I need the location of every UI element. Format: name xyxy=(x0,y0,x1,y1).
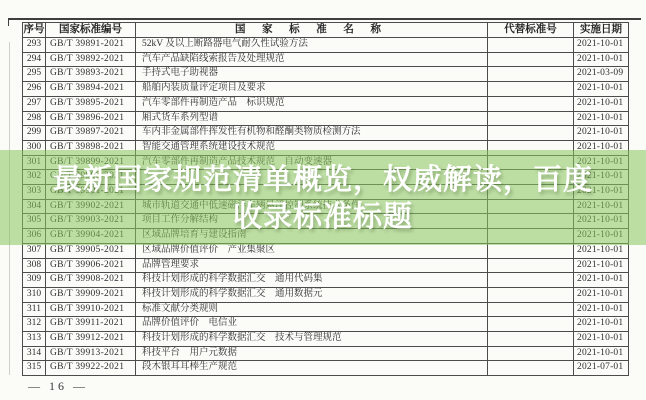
cell-standard-name: 科技计划形成的科学数据汇交 技术与管理规范 xyxy=(136,332,488,347)
cell-standard-number: GB/T 39910-2021 xyxy=(46,302,136,317)
cell-standard-name: 科技计划形成的科学数据汇交 通用数据元 xyxy=(136,287,488,302)
cell-replaced-standard xyxy=(488,96,574,111)
table-row: 308GB/T 39906-2021品牌管理要求2021-10-01 xyxy=(23,258,629,273)
cell-implementation-date: 2021-10-01 xyxy=(574,126,629,141)
table-row: 293GB/T 39891-202152kV 及以上断路器电气耐久性试验方法20… xyxy=(23,38,629,53)
cell-replaced-standard xyxy=(488,111,574,126)
table-row: 297GB/T 39895-2021汽车零部件再制造产品 标识规范2021-10… xyxy=(23,96,629,111)
cell-standard-name: 区域品牌价值评价 产业集聚区 xyxy=(136,243,488,258)
cell-replaced-standard xyxy=(488,82,574,97)
cell-implementation-date: 2021-10-01 xyxy=(574,82,629,97)
table-row: 299GB/T 39897-2021车内非金属部件挥发性有机物和醛酮类物质检测方… xyxy=(23,126,629,141)
cell-implementation-date: 2021-10-01 xyxy=(574,317,629,332)
cell-standard-name: 汽车产品缺陷线索报告及处理规范 xyxy=(136,52,488,67)
col-header-implementation-date: 实施日期 xyxy=(574,23,629,38)
cell-implementation-date: 2021-10-01 xyxy=(574,111,629,126)
cell-standard-number: GB/T 39891-2021 xyxy=(46,38,136,53)
cell-standard-name: 厢式货车系列型谱 xyxy=(136,111,488,126)
table-row: 307GB/T 39905-2021区域品牌价值评价 产业集聚区2021-10-… xyxy=(23,243,629,258)
cell-replaced-standard xyxy=(488,287,574,302)
cell-standard-name: 科技平台 用户元数据 xyxy=(136,346,488,361)
cell-standard-number: GB/T 39922-2021 xyxy=(46,361,136,376)
cell-standard-number: GB/T 39908-2021 xyxy=(46,273,136,288)
cell-standard-name: 科技计划形成的科学数据汇交 通用代码集 xyxy=(136,273,488,288)
cell-implementation-date: 2021-07-01 xyxy=(574,361,629,376)
cell-standard-number: GB/T 39893-2021 xyxy=(46,67,136,82)
cell-standard-number: GB/T 39905-2021 xyxy=(46,243,136,258)
promo-title-line1: 最新国家规范清单概览，权威解读，百度 xyxy=(0,162,646,199)
cell-standard-number: GB/T 39911-2021 xyxy=(46,317,136,332)
cell-standard-name: 车内非金属部件挥发性有机物和醛酮类物质检测方法 xyxy=(136,126,488,141)
cell-implementation-date: 2021-10-01 xyxy=(574,52,629,67)
table-header-row: 序号 国家标准编号 国 家 标 准 名 称 代替标准号 实施日期 xyxy=(23,23,629,38)
cell-replaced-standard xyxy=(488,126,574,141)
table-row: 295GB/T 39893-2021手持式电子助视器2021-03-09 xyxy=(23,67,629,82)
col-header-standard-name: 国 家 标 准 名 称 xyxy=(136,23,488,38)
cell-standard-name: 品牌管理要求 xyxy=(136,258,488,273)
cell-index: 294 xyxy=(23,52,46,67)
cell-replaced-standard xyxy=(488,273,574,288)
cell-standard-name: 品牌价值评价 电信业 xyxy=(136,317,488,332)
table-row: 313GB/T 39912-2021科技计划形成的科学数据汇交 技术与管理规范2… xyxy=(23,332,629,347)
cell-standard-name: 段木银耳耳棒生产规范 xyxy=(136,361,488,376)
cell-implementation-date: 2021-10-01 xyxy=(574,302,629,317)
cell-implementation-date: 2021-10-01 xyxy=(574,258,629,273)
cell-standard-number: GB/T 39897-2021 xyxy=(46,126,136,141)
table-row: 298GB/T 39896-2021厢式货车系列型谱2021-10-01 xyxy=(23,111,629,126)
cell-index: 311 xyxy=(23,302,46,317)
cell-implementation-date: 2021-03-09 xyxy=(574,67,629,82)
cell-replaced-standard xyxy=(488,243,574,258)
cell-index: 298 xyxy=(23,111,46,126)
promo-overlay-title: 最新国家规范清单概览，权威解读，百度 收录标准标题 xyxy=(0,162,646,236)
cell-index: 296 xyxy=(23,82,46,97)
cell-standard-number: GB/T 39909-2021 xyxy=(46,287,136,302)
cell-implementation-date: 2021-10-01 xyxy=(574,96,629,111)
cell-implementation-date: 2021-10-01 xyxy=(574,287,629,302)
col-header-standard-number: 国家标准编号 xyxy=(46,23,136,38)
cell-index: 308 xyxy=(23,258,46,273)
cell-index: 315 xyxy=(23,361,46,376)
cell-replaced-standard xyxy=(488,52,574,67)
page-top-rule xyxy=(8,18,641,20)
cell-replaced-standard xyxy=(488,67,574,82)
col-header-index: 序号 xyxy=(23,23,46,38)
cell-index: 310 xyxy=(23,287,46,302)
promo-title-line2: 收录标准标题 xyxy=(0,199,646,236)
cell-implementation-date: 2021-10-01 xyxy=(574,332,629,347)
cell-index: 309 xyxy=(23,273,46,288)
cell-implementation-date: 2021-10-01 xyxy=(574,346,629,361)
table-row: 296GB/T 39894-2021船舶内装质量评定项目及要求2021-10-0… xyxy=(23,82,629,97)
cell-standard-name: 手持式电子助视器 xyxy=(136,67,488,82)
table-row: 309GB/T 39908-2021科技计划形成的科学数据汇交 通用代码集202… xyxy=(23,273,629,288)
cell-replaced-standard xyxy=(488,258,574,273)
table-row: 311GB/T 39910-2021标准文献分类规则2021-10-01 xyxy=(23,302,629,317)
col-header-replaced-standard: 代替标准号 xyxy=(488,23,574,38)
cell-replaced-standard xyxy=(488,361,574,376)
table-row: 312GB/T 39911-2021品牌价值评价 电信业2021-10-01 xyxy=(23,317,629,332)
cell-standard-number: GB/T 39892-2021 xyxy=(46,52,136,67)
cell-implementation-date: 2021-10-01 xyxy=(574,273,629,288)
cell-standard-name: 52kV 及以上断路器电气耐久性试验方法 xyxy=(136,38,488,53)
page-number: — 16 — xyxy=(28,379,88,394)
cell-index: 314 xyxy=(23,346,46,361)
table-row: 314GB/T 39913-2021科技平台 用户元数据2021-10-01 xyxy=(23,346,629,361)
cell-replaced-standard xyxy=(488,317,574,332)
scanned-standards-catalog-page: 序号 国家标准编号 国 家 标 准 名 称 代替标准号 实施日期 293GB/T… xyxy=(0,0,646,400)
cell-standard-number: GB/T 39896-2021 xyxy=(46,111,136,126)
table-row: 294GB/T 39892-2021汽车产品缺陷线索报告及处理规范2021-10… xyxy=(23,52,629,67)
cell-standard-number: GB/T 39912-2021 xyxy=(46,332,136,347)
cell-standard-number: GB/T 39913-2021 xyxy=(46,346,136,361)
cell-standard-name: 船舶内装质量评定项目及要求 xyxy=(136,82,488,97)
cell-index: 299 xyxy=(23,126,46,141)
cell-standard-name: 汽车零部件再制造产品 标识规范 xyxy=(136,96,488,111)
cell-standard-name: 标准文献分类规则 xyxy=(136,302,488,317)
cell-replaced-standard xyxy=(488,38,574,53)
table-row: 310GB/T 39909-2021科技计划形成的科学数据汇交 通用数据元202… xyxy=(23,287,629,302)
cell-implementation-date: 2021-10-01 xyxy=(574,243,629,258)
cell-standard-number: GB/T 39906-2021 xyxy=(46,258,136,273)
cell-index: 313 xyxy=(23,332,46,347)
cell-index: 312 xyxy=(23,317,46,332)
cell-standard-number: GB/T 39894-2021 xyxy=(46,82,136,97)
cell-index: 297 xyxy=(23,96,46,111)
cell-index: 307 xyxy=(23,243,46,258)
cell-standard-number: GB/T 39895-2021 xyxy=(46,96,136,111)
cell-replaced-standard xyxy=(488,332,574,347)
cell-replaced-standard xyxy=(488,346,574,361)
cell-index: 295 xyxy=(23,67,46,82)
cell-index: 293 xyxy=(23,38,46,53)
table-row: 315GB/T 39922-2021段木银耳耳棒生产规范2021-07-01 xyxy=(23,361,629,376)
cell-replaced-standard xyxy=(488,302,574,317)
cell-implementation-date: 2021-10-01 xyxy=(574,38,629,53)
